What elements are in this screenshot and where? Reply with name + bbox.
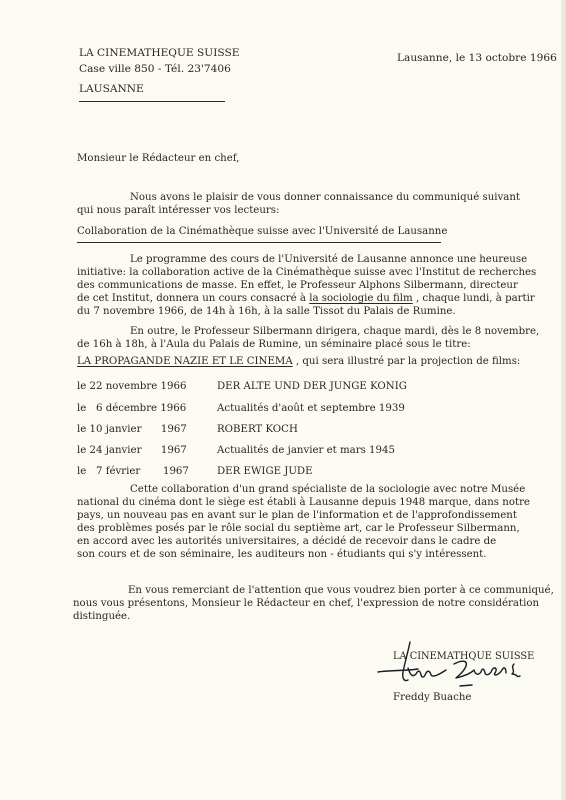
para1-line-1: Le programme des cours de l'Université d… [130,254,527,266]
schedule-film: DER ALTE UND DER JUNGE KONIG [217,381,407,393]
schedule-date: le 7 février 1967 [77,466,189,478]
schedule-film: ROBERT KOCH [217,424,298,436]
seminar-title-line: LA PROPAGANDE NAZIE ET LE CINEMA , qui s… [77,356,520,368]
para3-line-1: Cette collaboration d'un grand spécialis… [130,484,525,496]
para3-line-2: national du cinéma dont le siège est éta… [77,497,530,509]
para3-line-4: des problèmes posés par le rôle social d… [77,523,520,535]
date-line: Lausanne, le 13 octobre 1966 [397,52,557,64]
para1-line-4-pre: de cet Institut, donnera un cours consac… [77,293,309,304]
schedule-date: le 24 janvier 1967 [77,445,187,457]
schedule-date: le 22 novembre 1966 [77,381,186,393]
closing-line-1: En vous remerciant de l'attention que vo… [128,585,554,597]
para2-line-2: de 16h à 18h, à l'Aula du Palais de Rumi… [77,339,471,351]
para3-line-3: pays, un nouveau pas en avant sur le pla… [77,510,517,522]
handwritten-signature-icon [370,640,566,720]
letterhead-city: LAUSANNE [79,83,144,95]
schedule-film: Actualités de janvier et mars 1945 [217,445,395,457]
subject-rule [77,242,441,243]
subject-heading: Collaboration de la Cinémathèque suisse … [77,226,447,238]
letterhead-org: LA CINEMATHEQUE SUISSE [79,47,239,59]
course-title: la sociologie du film [309,293,413,304]
letterhead-address: Case ville 850 - Tél. 23'7406 [79,63,231,75]
para1-line-3: des communications de masse. En effet, l… [77,280,518,292]
para3-line-6: son cours et de son séminaire, les audit… [77,549,487,561]
para2-line-1: En outre, le Professeur Silbermann dirig… [130,326,539,338]
seminar-title-post: , qui sera illustré par la projection de… [293,356,521,367]
para1-line-5: du 7 novembre 1966, de 14h à 16h, à la s… [77,306,456,318]
para1-line-4: de cet Institut, donnera un cours consac… [77,293,535,305]
closing-line-3: distinguée. [73,611,130,623]
para1-line-4-post: , chaque lundi, à partir [413,293,535,304]
para1-line-2: initiative: la collaboration active de l… [77,267,536,279]
letter-page: LA CINEMATHEQUE SUISSE Case ville 850 - … [0,0,566,800]
salutation: Monsieur le Rédacteur en chef, [77,153,239,165]
schedule-date: le 10 janvier 1967 [77,424,187,436]
intro-line-2: qui nous paraît intéresser vos lecteurs: [77,205,279,217]
para3-line-5: en accord avec les autorités universitai… [77,536,496,548]
letterhead-rule [79,101,225,102]
schedule-date: le 6 décembre 1966 [77,403,186,415]
seminar-title: LA PROPAGANDE NAZIE ET LE CINEMA [77,356,293,367]
intro-line-1: Nous avons le plaisir de vous donner con… [130,192,520,204]
schedule-film: Actualités d'août et septembre 1939 [217,403,405,415]
signatory-name: Freddy Buache [393,692,471,704]
schedule-film: DER EWIGE JUDE [217,466,313,478]
closing-line-2: nous vous présentons, Monsieur le Rédact… [73,598,539,610]
